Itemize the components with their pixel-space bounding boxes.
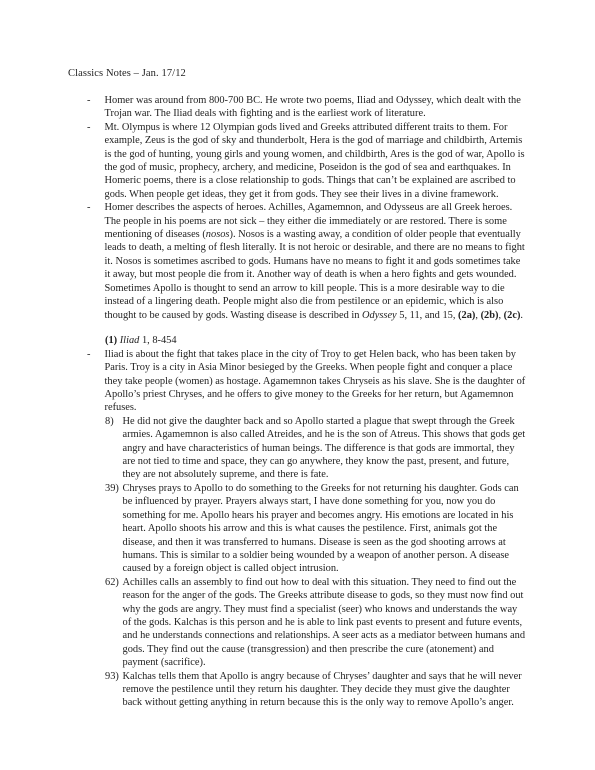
numbered-item: 39)Chryses prays to Apollo to do somethi… [68,482,526,576]
bullet-item: -Homer was around from 800-700 BC. He wr… [68,94,526,121]
numbered-item: 93)Kalchas tells them that Apollo is ang… [68,670,526,710]
text-run: Iliad is about the fight that takes plac… [105,349,526,414]
bullet-item: -Mt. Olympus is where 12 Olympian gods l… [68,121,526,201]
text-run: Odyssey [362,310,397,321]
document-page: Classics Notes – Jan. 17/12 -Homer was a… [0,0,595,770]
text-run: Iliad [120,335,140,346]
number-marker: 39) [105,482,123,495]
text-run: Mt. Olympus is where 12 Olympian gods li… [105,122,525,200]
bullet-marker: - [87,121,105,134]
text-run: (2c) [504,310,521,321]
text-run: (1) [105,335,120,346]
bullet-item: -Homer describes the aspects of heroes. … [68,201,526,322]
bullet-marker: - [87,201,105,214]
paragraph-text: Homer describes the aspects of heroes. A… [105,201,527,322]
text-run: Chryses prays to Apollo to do something … [123,483,519,574]
document-title: Classics Notes – Jan. 17/12 [68,67,186,80]
text-run: (2a) [458,310,475,321]
section-heading: (1) Iliad 1, 8-454 [68,334,526,347]
paragraph-text: Mt. Olympus is where 12 Olympian gods li… [105,121,527,201]
text-run: Achilles calls an assembly to find out h… [123,577,526,668]
text-run: He did not give the daughter back and so… [123,416,526,481]
number-marker: 8) [105,415,123,428]
document-body: -Homer was around from 800-700 BC. He wr… [68,94,526,710]
paragraph-text: Homer was around from 800-700 BC. He wro… [105,94,527,121]
text-run: . [520,310,523,321]
text-run: Homer was around from 800-700 BC. He wro… [105,95,521,119]
text-run: Kalchas tells them that Apollo is angry … [123,671,522,709]
paragraph-text: Kalchas tells them that Apollo is angry … [123,670,527,710]
paragraph-text: He did not give the daughter back and so… [123,415,527,482]
paragraph-text: Iliad is about the fight that takes plac… [105,348,527,415]
bullet-item: -Iliad is about the fight that takes pla… [68,348,526,415]
text-run: 1, 8-454 [139,335,176,346]
paragraph-text: Achilles calls an assembly to find out h… [123,576,527,670]
numbered-item: 8)He did not give the daughter back and … [68,415,526,482]
number-marker: 62) [105,576,123,589]
bullet-marker: - [87,348,105,361]
text-run: 5, 11, and 15, [397,310,458,321]
numbered-item: 62)Achilles calls an assembly to find ou… [68,576,526,670]
paragraph-text: Chryses prays to Apollo to do something … [123,482,527,576]
text-run: nosos [206,229,230,240]
bullet-marker: - [87,94,105,107]
text-run: ). Nosos is a wasting away, a condition … [105,229,525,320]
text-run: (2b) [481,310,499,321]
number-marker: 93) [105,670,123,683]
